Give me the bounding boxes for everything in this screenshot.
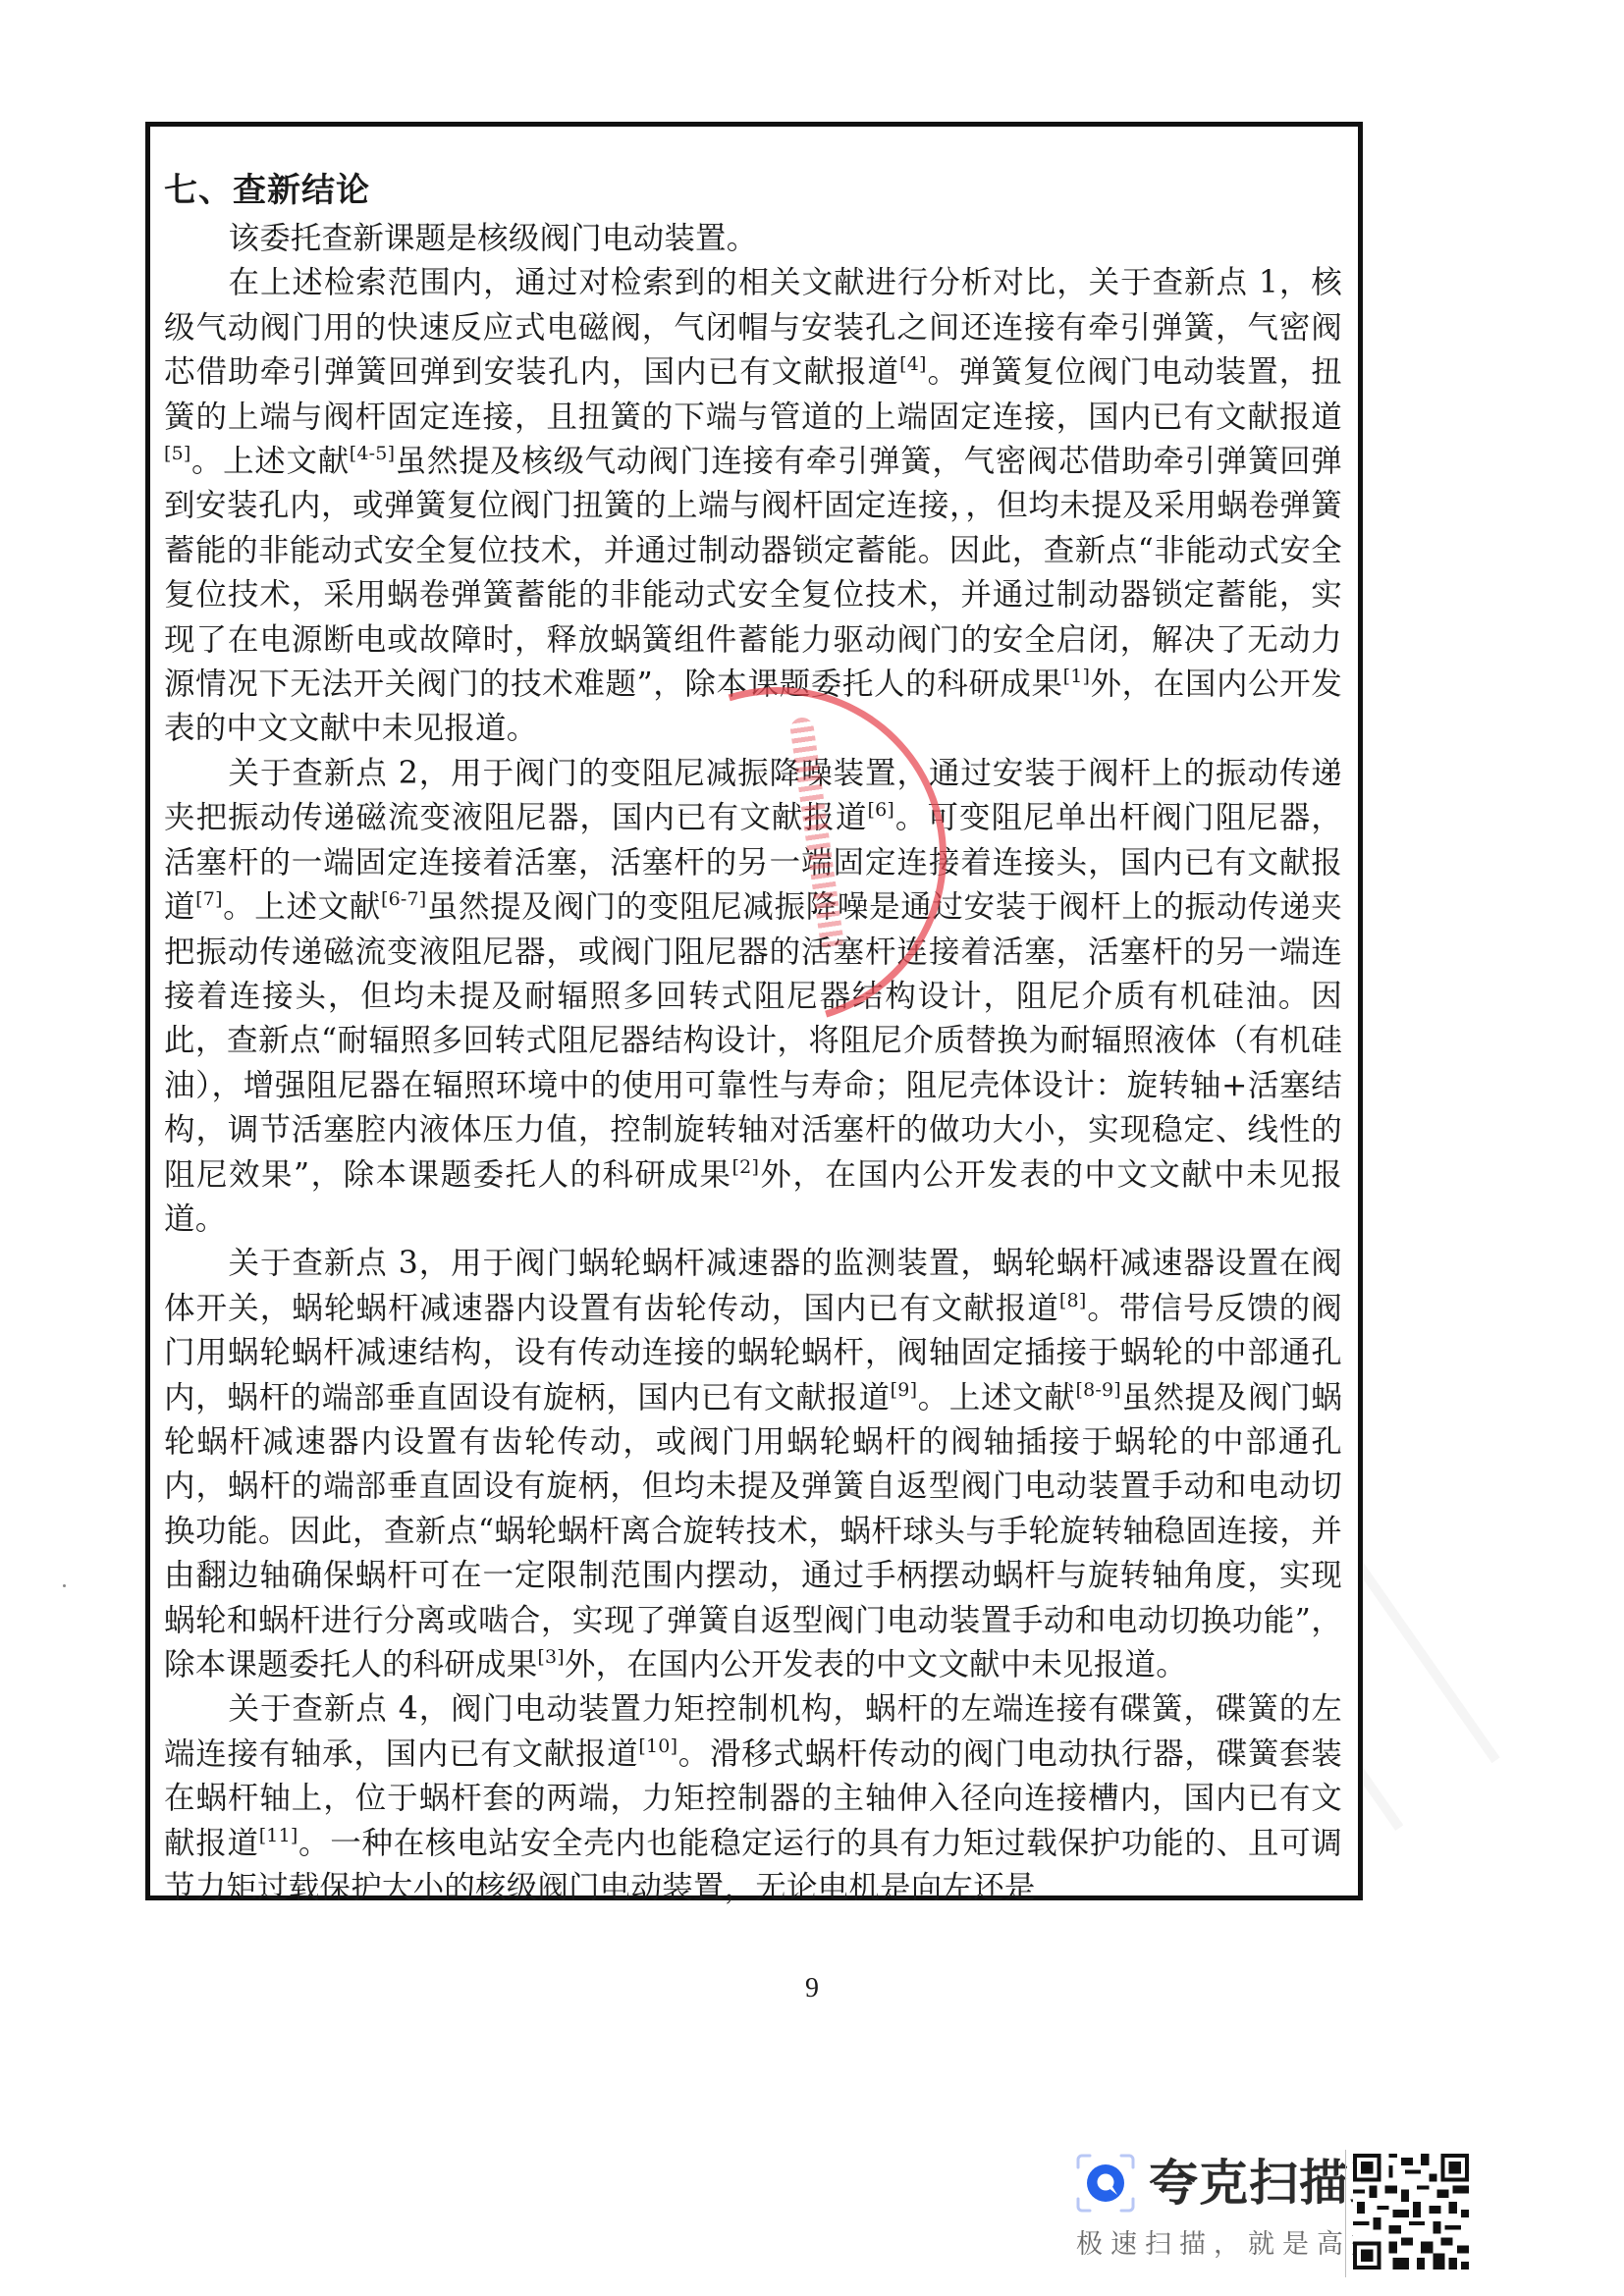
paragraph-text: 虽然提及核级气动阀门连接有牵引弹簧，气密阀芯借助牵引弹簧回弹到安装孔内，或弹簧复…: [164, 444, 1342, 702]
citation-ref: [10]: [638, 1735, 677, 1757]
paragraph-point4: 关于查新点 4，阀门电动装置力矩控制机构，蜗杆的左端连接有碟簧，碟簧的左端连接有…: [164, 1687, 1342, 1910]
brand-slogan: 极速扫描，就是高效: [1076, 2228, 1385, 2262]
citation-ref: [8]: [1059, 1290, 1087, 1311]
citation-ref: [11]: [259, 1825, 298, 1846]
paragraph-text: 虽然提及阀门的变阻尼减振降噪是通过安装于阀杆上的振动传递夹把振动传递磁流变液阻尼…: [164, 889, 1342, 1192]
citation-ref: [4]: [899, 353, 927, 375]
conclusion-frame: 七、查新结论 该委托查新课题是核级阀门电动装置。在上述检索范围内，通过对检索到的…: [145, 122, 1363, 1900]
citation-ref: [7]: [195, 888, 223, 910]
citation-ref: [5]: [164, 443, 191, 464]
citation-ref: [2]: [732, 1156, 760, 1178]
page-number: 9: [0, 1973, 1624, 2004]
citation-ref: [6]: [868, 799, 895, 821]
paragraph-intro: 该委托查新课题是核级阀门电动装置。: [164, 217, 1342, 261]
paragraph-text: 该委托查新课题是核级阀门电动装置。: [229, 221, 758, 256]
qr-code-icon[interactable]: [1353, 2154, 1469, 2269]
paragraph-text: 。上述文献: [917, 1380, 1075, 1415]
frame-content: 七、查新结论 该委托查新课题是核级阀门电动装置。在上述检索范围内，通过对检索到的…: [164, 168, 1342, 1910]
citation-ref: [3]: [537, 1646, 565, 1668]
paragraph-point3: 关于查新点 3，用于阀门蜗轮蜗杆减速器的监测装置，蜗轮蜗杆减速器设置在阀体开关，…: [164, 1242, 1342, 1687]
margin-speck: [63, 1584, 66, 1587]
conclusion-body: 该委托查新课题是核级阀门电动装置。在上述检索范围内，通过对检索到的相关文献进行分…: [164, 217, 1342, 1910]
citation-ref: [8-9]: [1075, 1379, 1120, 1401]
section-title: 七、查新结论: [164, 168, 1342, 213]
brand-divider: [1345, 2150, 1346, 2277]
paragraph-point1: 在上述检索范围内，通过对检索到的相关文献进行分析对比，关于查新点 1，核级气动阀…: [164, 261, 1342, 751]
citation-ref: [9]: [891, 1379, 918, 1401]
citation-ref: [6-7]: [381, 888, 426, 910]
citation-ref: [4-5]: [350, 443, 395, 464]
citation-ref: [1]: [1063, 666, 1091, 687]
paragraph-text: 。一种在核电站安全壳内也能稳定运行的具有力矩过载保护功能的、且可调节力矩过载保护…: [164, 1826, 1342, 1905]
paragraph-point2: 关于查新点 2，用于阀门的变阻尼减振降噪装置，通过安装于阀杆上的振动传递夹把振动…: [164, 752, 1342, 1242]
paragraph-text: 外，在国内公开发表的中文文献中未见报道。: [565, 1647, 1187, 1682]
paragraph-text: 。上述文献: [223, 889, 381, 925]
paragraph-text: 。上述文献: [191, 444, 350, 479]
quark-logo-icon: [1074, 2152, 1137, 2215]
paragraph-text: 虽然提及阀门蜗轮蜗杆减速器内设置有齿轮传动，或阀门用蜗轮蜗杆的阀轴插接于蜗轮的中…: [164, 1380, 1342, 1682]
